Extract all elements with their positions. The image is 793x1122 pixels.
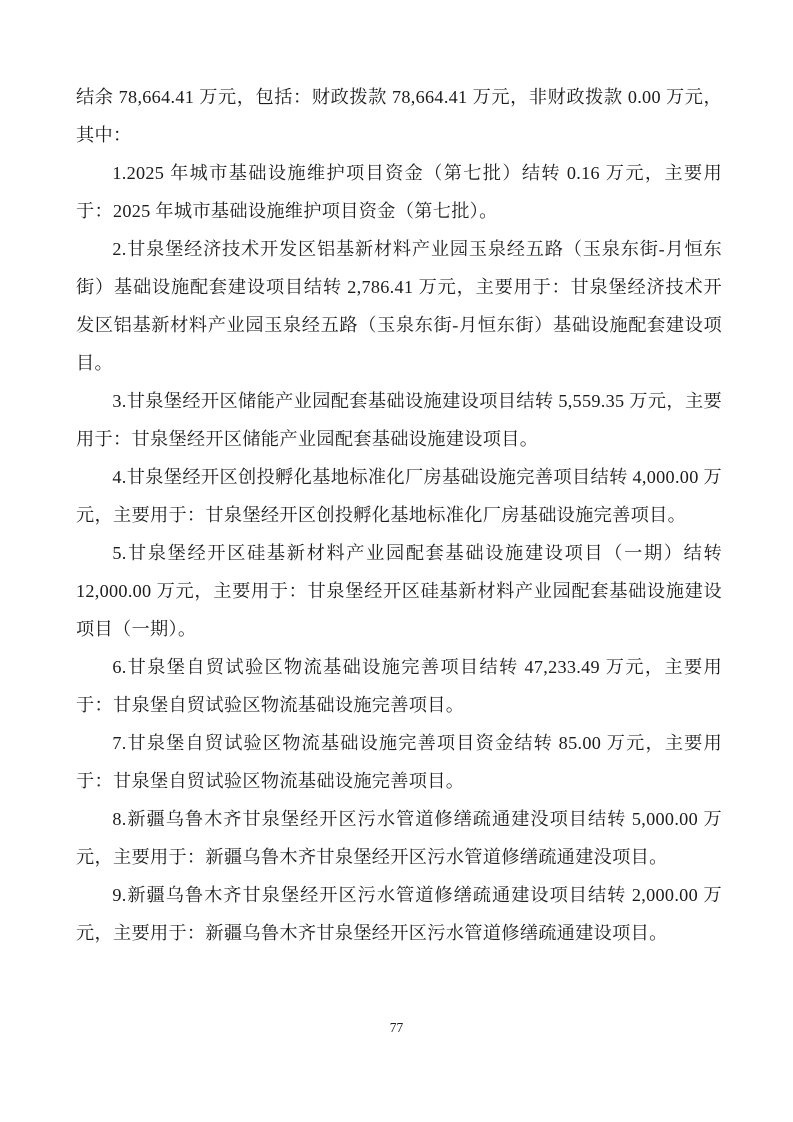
paragraph-item-7: 7.甘泉堡自贸试验区物流基础设施完善项目资金结转 85.00 万元，主要用于：甘…	[76, 724, 722, 800]
paragraph-item-8: 8.新疆乌鲁木齐甘泉堡经开区污水管道修缮疏通建没项目结转 5,000.00 万元…	[76, 800, 722, 876]
paragraph-item-2: 2.甘泉堡经济技术开发区铝基新材料产业园玉泉经五路（玉泉东街-月恒东街）基础设施…	[76, 230, 722, 382]
page-number: 77	[0, 1018, 793, 1038]
paragraph-item-3: 3.甘泉堡经开区储能产业园配套基础设施建设项目结转 5,559.35 万元，主要…	[76, 382, 722, 458]
document-page: 结余 78,664.41 万元，包括：财政拨款 78,664.41 万元，非财政…	[0, 0, 793, 1122]
paragraph-item-1: 1.2025 年城市基础设施维护项目资金（第七批）结转 0.16 万元，主要用于…	[76, 154, 722, 230]
paragraph-item-5: 5.甘泉堡经开区硅基新材料产业园配套基础设施建设项目（一期）结转 12,000.…	[76, 534, 722, 648]
paragraph-carryover-summary: 结余 78,664.41 万元，包括：财政拨款 78,664.41 万元，非财政…	[76, 78, 722, 154]
paragraph-item-6: 6.甘泉堡自贸试验区物流基础设施完善项目结转 47,233.49 万元，主要用于…	[76, 648, 722, 724]
paragraph-item-9: 9.新疆乌鲁木齐甘泉堡经开区污水管道修缮疏通建设项目结转 2,000.00 万元…	[76, 876, 722, 952]
paragraph-item-4: 4.甘泉堡经开区创投孵化基地标准化厂房基础设施完善项目结转 4,000.00 万…	[76, 458, 722, 534]
document-body: 结余 78,664.41 万元，包括：财政拨款 78,664.41 万元，非财政…	[76, 78, 722, 952]
